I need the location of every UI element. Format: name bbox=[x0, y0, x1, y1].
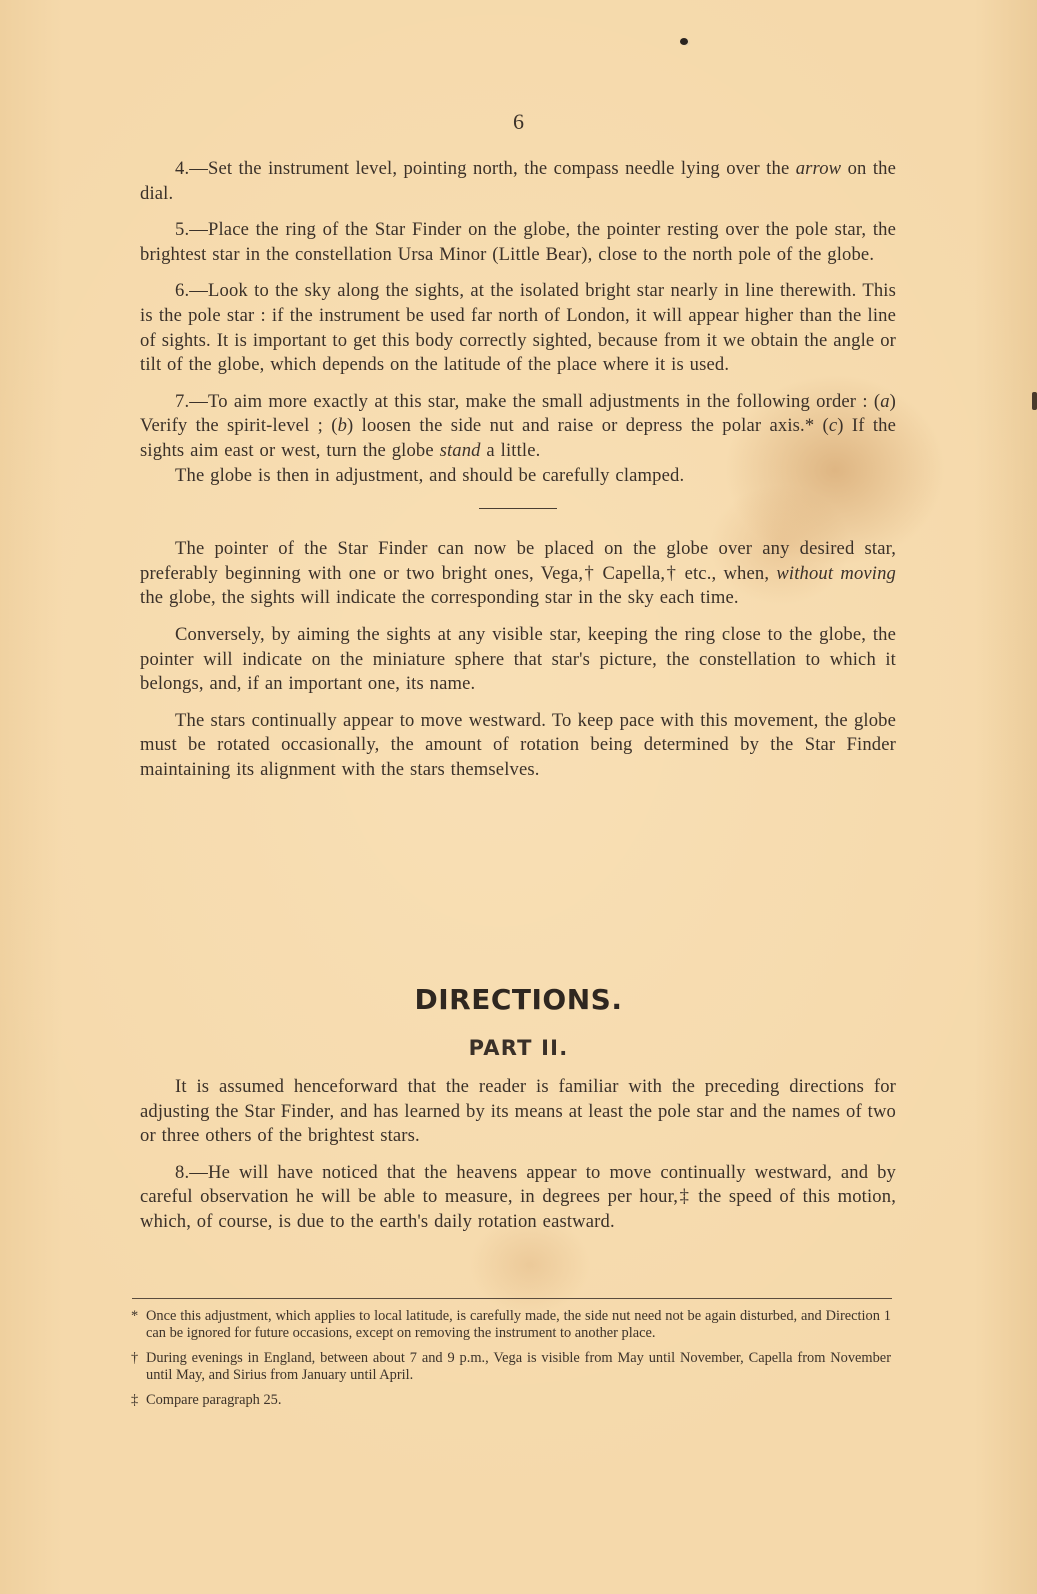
footnote-mark: † bbox=[131, 1350, 138, 1367]
footnote-text: During evenings in England, between abou… bbox=[146, 1350, 891, 1384]
italic-emphasis: b bbox=[338, 415, 347, 436]
text-run: a little. bbox=[481, 440, 541, 461]
text-run: Conversely, by aiming the sights at any … bbox=[140, 624, 896, 694]
paragraph-assumed: It is assumed henceforward that the read… bbox=[140, 1075, 896, 1149]
paper-edge-mark bbox=[1032, 392, 1037, 410]
footnote-rule bbox=[132, 1298, 892, 1299]
text-run: 4.—Set the instrument level, pointing no… bbox=[175, 158, 796, 179]
paper-hole-mark bbox=[680, 38, 688, 45]
italic-emphasis: arrow bbox=[796, 158, 842, 179]
footnote-text: Compare paragraph 25. bbox=[146, 1392, 891, 1409]
footnotes: * Once this adjustment, which applies to… bbox=[131, 1308, 891, 1417]
text-run: The stars continually appear to move wes… bbox=[140, 710, 896, 780]
footnote-asterisk: * Once this adjustment, which applies to… bbox=[131, 1308, 891, 1342]
paragraph-7: 7.—To aim more exactly at this star, mak… bbox=[140, 390, 896, 464]
paragraph-7-clamped: The globe is then in adjustment, and sho… bbox=[140, 464, 896, 489]
footnote-text: Once this adjustment, which applies to l… bbox=[146, 1308, 891, 1342]
heading-directions: DIRECTIONS. bbox=[0, 983, 1037, 1016]
italic-emphasis: without moving bbox=[776, 563, 896, 584]
directions-section-1: 4.—Set the instrument level, pointing no… bbox=[140, 157, 896, 794]
paragraph-conversely: Conversely, by aiming the sights at any … bbox=[140, 623, 896, 697]
paragraph-westward: The stars continually appear to move wes… bbox=[140, 709, 896, 783]
page-number: 6 bbox=[0, 109, 1037, 135]
italic-emphasis: stand bbox=[440, 440, 481, 461]
paragraph-5: 5.—Place the ring of the Star Finder on … bbox=[140, 218, 896, 267]
text-run: It is assumed henceforward that the read… bbox=[140, 1076, 896, 1146]
footnote-mark: ‡ bbox=[131, 1392, 138, 1409]
text-run: 5.—Place the ring of the Star Finder on … bbox=[140, 219, 896, 265]
footnote-dagger: † During evenings in England, between ab… bbox=[131, 1350, 891, 1384]
text-run: ) loosen the side nut and raise or depre… bbox=[347, 415, 829, 436]
text-run: 7.—To aim more exactly at this star, mak… bbox=[175, 391, 880, 412]
text-run: 6.—Look to the sky along the sights, at … bbox=[140, 280, 896, 375]
paragraph-6: 6.—Look to the sky along the sights, at … bbox=[140, 279, 896, 377]
section-separator-rule bbox=[479, 508, 557, 509]
footnote-mark: * bbox=[131, 1308, 138, 1325]
italic-emphasis: a bbox=[880, 391, 889, 412]
directions-section-part-2: It is assumed henceforward that the read… bbox=[140, 1075, 896, 1247]
paragraph-pointer: The pointer of the Star Finder can now b… bbox=[140, 537, 896, 611]
footnote-double-dagger: ‡ Compare paragraph 25. bbox=[131, 1392, 891, 1409]
text-run: 8.—He will have noticed that the heavens… bbox=[140, 1162, 896, 1232]
paragraph-4: 4.—Set the instrument level, pointing no… bbox=[140, 157, 896, 206]
text-run: The globe is then in adjustment, and sho… bbox=[175, 465, 684, 486]
paragraph-8: 8.—He will have noticed that the heavens… bbox=[140, 1161, 896, 1235]
heading-part-ii: PART II. bbox=[0, 1036, 1037, 1060]
document-page: 6 4.—Set the instrument level, pointing … bbox=[0, 0, 1037, 1594]
text-run: the globe, the sights will indicate the … bbox=[140, 587, 739, 608]
